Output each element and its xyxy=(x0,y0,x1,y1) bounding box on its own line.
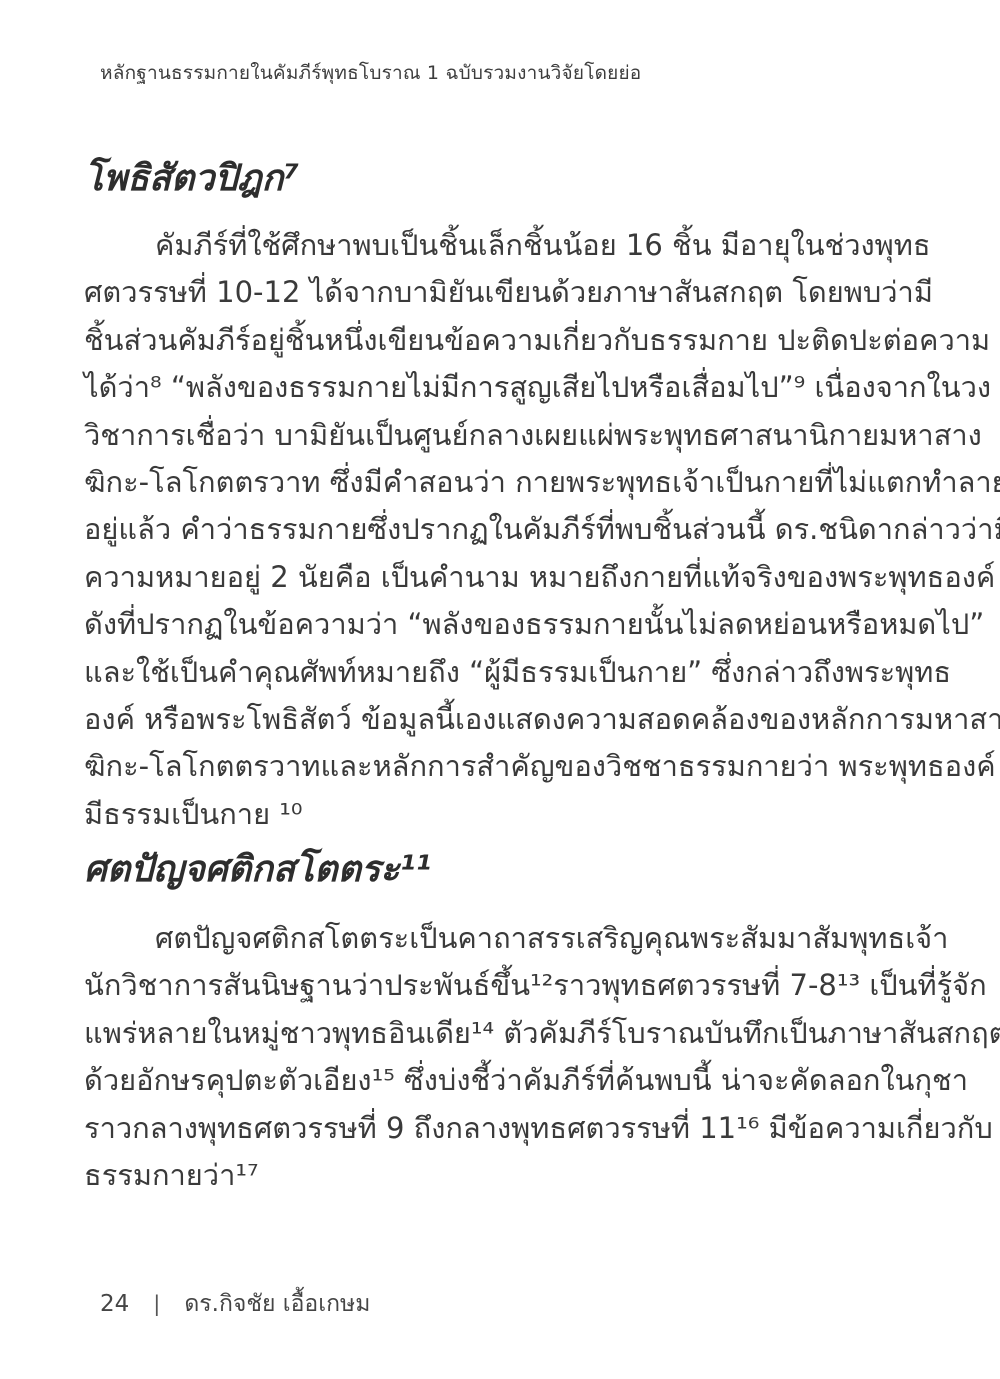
text-line: นักวิชาการสันนิษฐานว่าประพันธ์ขึ้น¹²ราวพ… xyxy=(84,962,873,1009)
text-line: วิชาการเชื่อว่า บามิยันเป็นศูนย์กลางเผยแ… xyxy=(84,412,873,459)
page-number: 24 xyxy=(100,1291,129,1317)
text-line: องค์ หรือพระโพธิสัตว์ ข้อมูลนี้เองแสดงคว… xyxy=(84,696,873,743)
text-line: ได้ว่า⁸ “พลังของธรรมกายไม่มีการสูญเสียไป… xyxy=(84,364,873,411)
text-line: และใช้เป็นคำคุณศัพท์หมายถึง “ผู้มีธรรมเป… xyxy=(84,649,873,696)
text-line: ดังที่ปรากฏในข้อความว่า “พลังของธรรมกายน… xyxy=(84,601,873,648)
page-footer: 24 | ดร.กิจชัย เอื้อเกษม xyxy=(100,1286,370,1322)
text-line: ชิ้นส่วนคัมภีร์อยู่ชิ้นหนึ่งเขียนข้อความ… xyxy=(84,317,873,364)
text-line: แพร่หลายในหมู่ชาวพุทธอินเดีย¹⁴ ตัวคัมภีร… xyxy=(84,1010,873,1057)
section-heading-satapancasatika-stotra: ศตปัญจศติกสโตตระ¹¹ xyxy=(84,848,874,891)
footer-divider: | xyxy=(153,1292,160,1316)
text-line: ด้วยอักษรคุปตะตัวเอียง¹⁵ ซึ่งบ่งชี้ว่าคั… xyxy=(84,1057,873,1104)
text-line: ฆิกะ-โลโกตตรวาทและหลักการสำคัญของวิชชาธร… xyxy=(84,743,873,790)
paragraph-bodhisattva-pitaka: คัมภีร์ที่ใช้ศึกษาพบเป็นชิ้นเล็กชิ้นน้อย… xyxy=(84,222,873,838)
text-line: ศตปัญจศติกสโตตระเป็นคาถาสรรเสริญคุณพระสั… xyxy=(84,915,873,962)
text-line: คัมภีร์ที่ใช้ศึกษาพบเป็นชิ้นเล็กชิ้นน้อย… xyxy=(84,222,873,269)
footer-author: ดร.กิจชัย เอื้อเกษม xyxy=(184,1286,370,1322)
book-page: หลักฐานธรรมกายในคัมภีร์พุทธโบราณ 1 ฉบับร… xyxy=(0,0,1000,1379)
text-line: ฆิกะ-โลโกตตรวาท ซึ่งมีคำสอนว่า กายพระพุท… xyxy=(84,459,873,506)
text-line: ความหมายอยู่ 2 นัยคือ เป็นคำนาม หมายถึงก… xyxy=(84,554,873,601)
text-line: ศตวรรษที่ 10-12 ได้จากบามิยันเขียนด้วยภา… xyxy=(84,269,873,316)
text-line: อยู่แล้ว คำว่าธรรมกายซึ่งปรากฏในคัมภีร์ท… xyxy=(84,506,873,553)
section-heading-bodhisattva-pitaka: โพธิสัตวปิฎก⁷ xyxy=(84,157,874,200)
text-line: ราวกลางพุทธศตวรรษที่ 9 ถึงกลางพุทธศตวรรษ… xyxy=(84,1105,873,1152)
text-line: ธรรมกายว่า¹⁷ xyxy=(84,1152,873,1199)
running-header: หลักฐานธรรมกายในคัมภีร์พุทธโบราณ 1 ฉบับร… xyxy=(100,58,900,88)
text-line: มีธรรมเป็นกาย ¹⁰ xyxy=(84,791,873,838)
paragraph-satapancasatika-stotra: ศตปัญจศติกสโตตระเป็นคาถาสรรเสริญคุณพระสั… xyxy=(84,915,873,1199)
